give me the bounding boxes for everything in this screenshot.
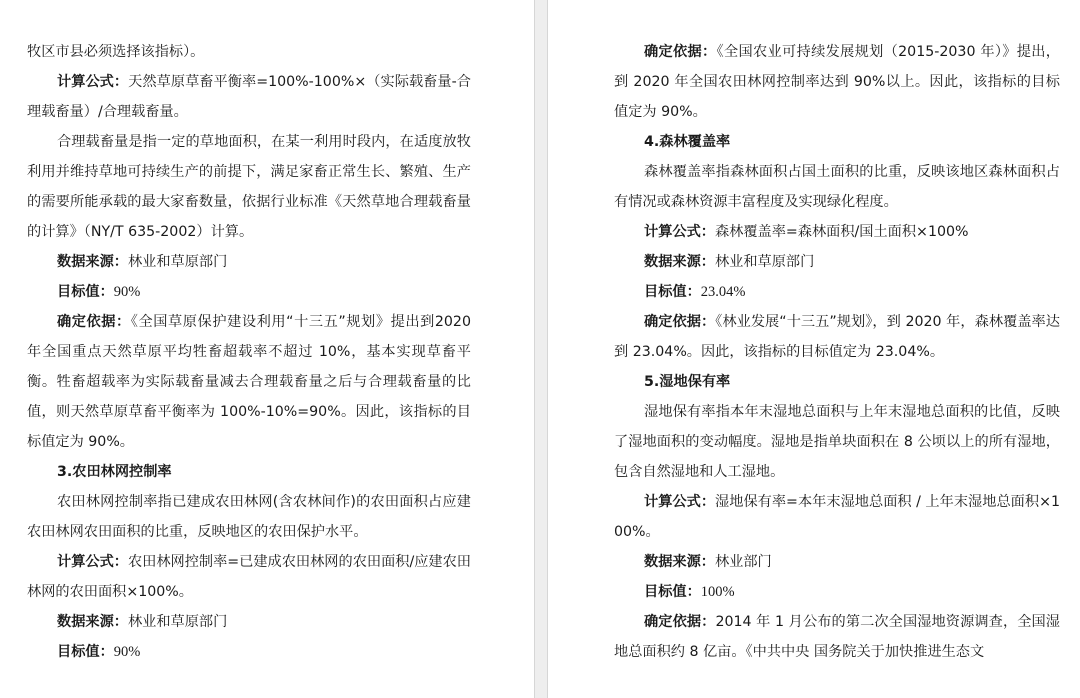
field-label: 计算公式：: [57, 554, 128, 570]
field-label: 目标值：: [57, 644, 114, 660]
paragraph-target-value: 目标值：90%: [27, 277, 471, 307]
field-value: 林业和草原部门: [715, 254, 814, 270]
paragraph-target-value: 目标值：100%: [614, 577, 1060, 607]
heading-text: 3.农田林网控制率: [57, 464, 172, 480]
document-page-left: 牧区市县必须选择该指标）。 计算公式：天然草原草畜平衡率=100%-100%×（…: [0, 0, 534, 698]
paragraph-continuation: 牧区市县必须选择该指标）。: [27, 37, 471, 67]
field-value: 林业和草原部门: [128, 614, 227, 630]
section-heading: 3.农田林网控制率: [27, 457, 471, 487]
field-label: 目标值：: [644, 284, 701, 300]
field-label: 计算公式：: [57, 74, 128, 90]
paragraph-formula: 计算公式：湿地保有率=本年末湿地总面积 / 上年末湿地总面积×100%。: [614, 487, 1060, 547]
field-label: 确定依据：: [644, 614, 715, 630]
page-gutter: [534, 0, 548, 698]
paragraph-text: 合理载畜量是指一定的草地面积，在某一利用时段内，在适度放牧利用并维持草地可持续生…: [27, 134, 471, 240]
paragraph-text: 森林覆盖率指森林面积占国土面积的比重，反映该地区森林面积占有情况或森林资源丰富程…: [614, 164, 1060, 210]
field-value: 林业部门: [715, 554, 772, 570]
paragraph-basis: 确定依据：《林业发展“十三五”规划》，到 2020 年，森林覆盖率达到 23.0…: [614, 307, 1060, 367]
page-content: 牧区市县必须选择该指标）。 计算公式：天然草原草畜平衡率=100%-100%×（…: [27, 37, 471, 667]
field-label: 确定依据：: [644, 314, 715, 330]
field-label: 确定依据：: [57, 314, 131, 330]
field-value: 100%: [701, 584, 735, 600]
paragraph-basis: 确定依据：2014 年 1 月公布的第二次全国湿地资源调查，全国湿地总面积约 8…: [614, 607, 1060, 667]
field-value: 90%: [114, 644, 141, 660]
paragraph-formula: 计算公式：天然草原草畜平衡率=100%-100%×（实际载畜量-合理载畜量）/合…: [27, 67, 471, 127]
paragraph-basis: 确定依据：《全国草原保护建设利用“十三五”规划》提出到2020 年全国重点天然草…: [27, 307, 471, 457]
paragraph-data-source: 数据来源：林业和草原部门: [614, 247, 1060, 277]
paragraph-text: 湿地保有率指本年末湿地总面积与上年末湿地总面积的比值，反映了湿地面积的变动幅度。…: [614, 404, 1060, 480]
paragraph-definition: 合理载畜量是指一定的草地面积，在某一利用时段内，在适度放牧利用并维持草地可持续生…: [27, 127, 471, 247]
field-label: 确定依据：: [644, 44, 717, 60]
field-label: 计算公式：: [644, 494, 715, 510]
paragraph-definition: 森林覆盖率指森林面积占国土面积的比重，反映该地区森林面积占有情况或森林资源丰富程…: [614, 157, 1060, 217]
page-content: 确定依据：《全国农业可持续发展规划（2015-2030 年）》提出，到 2020…: [614, 37, 1060, 667]
field-label: 数据来源：: [644, 554, 715, 570]
field-value: 森林覆盖率=森林面积/国土面积×100%: [715, 224, 969, 240]
section-heading: 5.湿地保有率: [614, 367, 1060, 397]
paragraph-formula: 计算公式：农田林网控制率=已建成农田林网的农田面积/应建农田林网的农田面积×10…: [27, 547, 471, 607]
paragraph-data-source: 数据来源：林业和草原部门: [27, 607, 471, 637]
field-label: 目标值：: [644, 584, 701, 600]
field-value: 90%: [114, 284, 141, 300]
field-label: 计算公式：: [644, 224, 715, 240]
field-value: 《全国草原保护建设利用“十三五”规划》提出到2020 年全国重点天然草原平均牲畜…: [27, 314, 471, 450]
paragraph-text: 农田林网控制率指已建成农田林网(含农林间作)的农田面积占应建农田林网农田面积的比…: [27, 494, 471, 540]
field-value: 林业和草原部门: [128, 254, 227, 270]
paragraph-basis: 确定依据：《全国农业可持续发展规划（2015-2030 年）》提出，到 2020…: [614, 37, 1060, 127]
paragraph-formula: 计算公式：森林覆盖率=森林面积/国土面积×100%: [614, 217, 1060, 247]
paragraph-definition: 农田林网控制率指已建成农田林网(含农林间作)的农田面积占应建农田林网农田面积的比…: [27, 487, 471, 547]
paragraph-data-source: 数据来源：林业和草原部门: [27, 247, 471, 277]
paragraph-definition: 湿地保有率指本年末湿地总面积与上年末湿地总面积的比值，反映了湿地面积的变动幅度。…: [614, 397, 1060, 487]
heading-text: 5.湿地保有率: [644, 374, 730, 390]
heading-text: 4.森林覆盖率: [644, 134, 730, 150]
field-label: 目标值：: [57, 284, 114, 300]
field-label: 数据来源：: [57, 254, 128, 270]
field-label: 数据来源：: [644, 254, 715, 270]
paragraph-target-value: 目标值：23.04%: [614, 277, 1060, 307]
paragraph-target-value: 目标值：90%: [27, 637, 471, 667]
section-heading: 4.森林覆盖率: [614, 127, 1060, 157]
document-page-right: 确定依据：《全国农业可持续发展规划（2015-2030 年）》提出，到 2020…: [548, 0, 1080, 698]
paragraph-data-source: 数据来源：林业部门: [614, 547, 1060, 577]
paragraph-text: 牧区市县必须选择该指标）。: [27, 44, 204, 60]
field-label: 数据来源：: [57, 614, 128, 630]
field-value: 23.04%: [701, 284, 746, 300]
